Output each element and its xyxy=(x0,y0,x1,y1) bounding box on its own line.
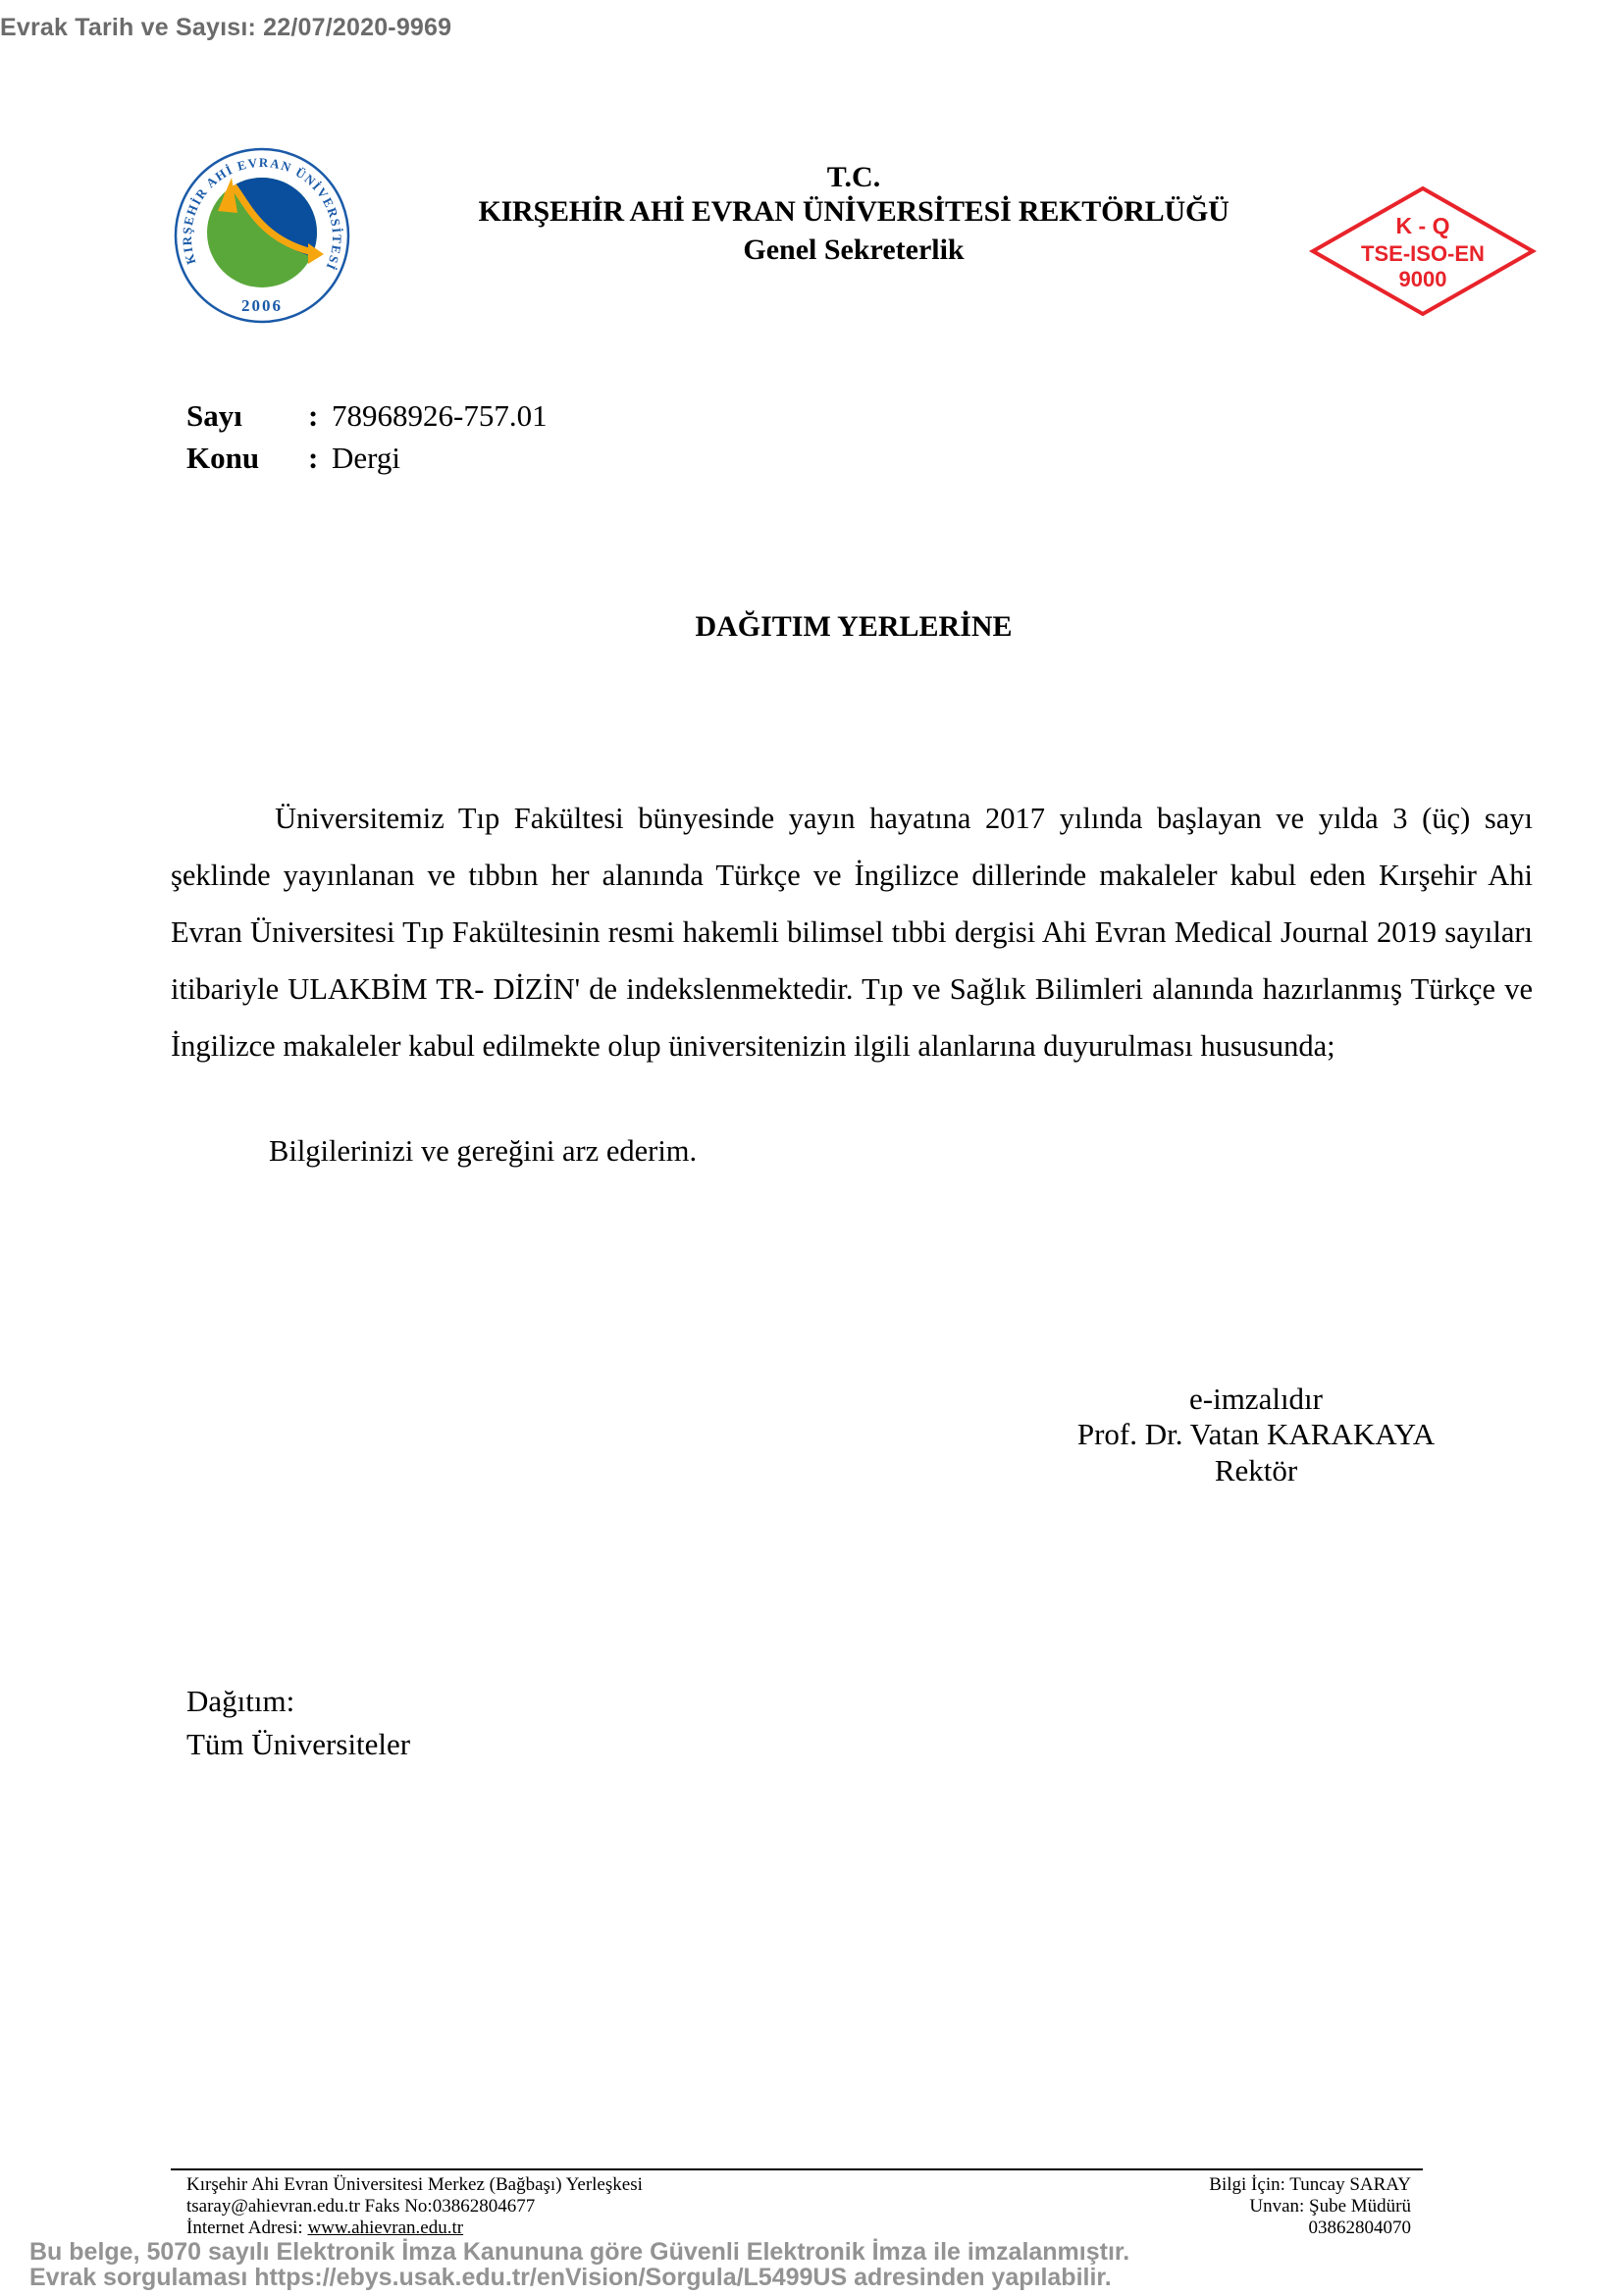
tse-iso-diamond-icon: K - Q TSE-ISO-EN 9000 xyxy=(1305,184,1541,318)
footer-info-phone: 03862804070 xyxy=(981,2218,1411,2239)
svg-text:K - Q: K - Q xyxy=(1396,213,1450,238)
e-signature-stamp: Bu belge, 5070 sayılı Elektronik İmza Ka… xyxy=(29,2239,1129,2290)
distribution-label: Dağıtım: xyxy=(186,1684,294,1719)
footer-web-label: İnternet Adresi: xyxy=(186,2218,307,2238)
signatory-title: Rektör xyxy=(1040,1453,1472,1488)
signature-status: e-imzalıdır xyxy=(1040,1382,1472,1417)
footer-web: İnternet Adresi: www.ahievran.edu.tr xyxy=(186,2218,643,2239)
header-state: T.C. xyxy=(412,161,1295,194)
svg-text:TSE-ISO-EN: TSE-ISO-EN xyxy=(1361,241,1485,266)
meta-value-number: 78968926-757.01 xyxy=(332,398,548,433)
footer-info-block: Bilgi İçin: Tuncay SARAY Unvan: Şube Müd… xyxy=(981,2174,1411,2239)
footer-info-title: Unvan: Şube Müdürü xyxy=(981,2196,1411,2218)
letter-body: Üniversitemiz Tıp Fakültesi bünyesinde y… xyxy=(171,790,1533,1074)
meta-row-number: Sayı:78968926-757.01 xyxy=(186,398,548,434)
meta-value-subject: Dergi xyxy=(332,441,400,475)
footer-address: Kırşehir Ahi Evran Üniversitesi Merkez (… xyxy=(186,2174,643,2196)
footer-divider xyxy=(171,2168,1423,2170)
footer-web-link[interactable]: www.ahievran.edu.tr xyxy=(307,2218,463,2238)
footer-email-fax: tsaray@ahievran.edu.tr Faks No:038628046… xyxy=(186,2196,643,2218)
e-signature-notice: Bu belge, 5070 sayılı Elektronik İmza Ka… xyxy=(29,2239,1129,2265)
quality-certification-logo: K - Q TSE-ISO-EN 9000 xyxy=(1305,184,1541,318)
university-seal-icon: KIRŞEHİR AHİ EVRAN ÜNİVERSİTESİ 2006 xyxy=(169,142,355,329)
meta-row-subject: Konu:Dergi xyxy=(186,441,400,476)
letter-closing: Bilgilerinizi ve gereğini arz ederim. xyxy=(269,1134,697,1169)
header-institution: KIRŞEHİR AHİ EVRAN ÜNİVERSİTESİ REKTÖRLÜ… xyxy=(412,195,1295,229)
meta-label: Konu xyxy=(186,441,308,476)
addressee-heading: DAĞITIM YERLERİNE xyxy=(412,610,1295,644)
distribution-item: Tüm Üniversiteler xyxy=(186,1727,410,1762)
svg-text:9000: 9000 xyxy=(1399,267,1447,291)
footer-info-contact: Bilgi İçin: Tuncay SARAY xyxy=(981,2174,1411,2196)
meta-label: Sayı xyxy=(186,398,308,434)
verification-notice: Evrak sorgulaması https://ebys.usak.edu.… xyxy=(29,2265,1129,2290)
footer-contact-block: Kırşehir Ahi Evran Üniversitesi Merkez (… xyxy=(186,2174,643,2239)
svg-text:2006: 2006 xyxy=(241,296,283,315)
signatory-name: Prof. Dr. Vatan KARAKAYA xyxy=(1040,1417,1472,1452)
header-department: Genel Sekreterlik xyxy=(412,234,1295,267)
meta-separator: : xyxy=(308,441,332,476)
document-date-number-stamp: Evrak Tarih ve Sayısı: 22/07/2020-9969 xyxy=(0,14,451,42)
meta-separator: : xyxy=(308,398,332,434)
university-logo: KIRŞEHİR AHİ EVRAN ÜNİVERSİTESİ 2006 xyxy=(169,142,355,329)
